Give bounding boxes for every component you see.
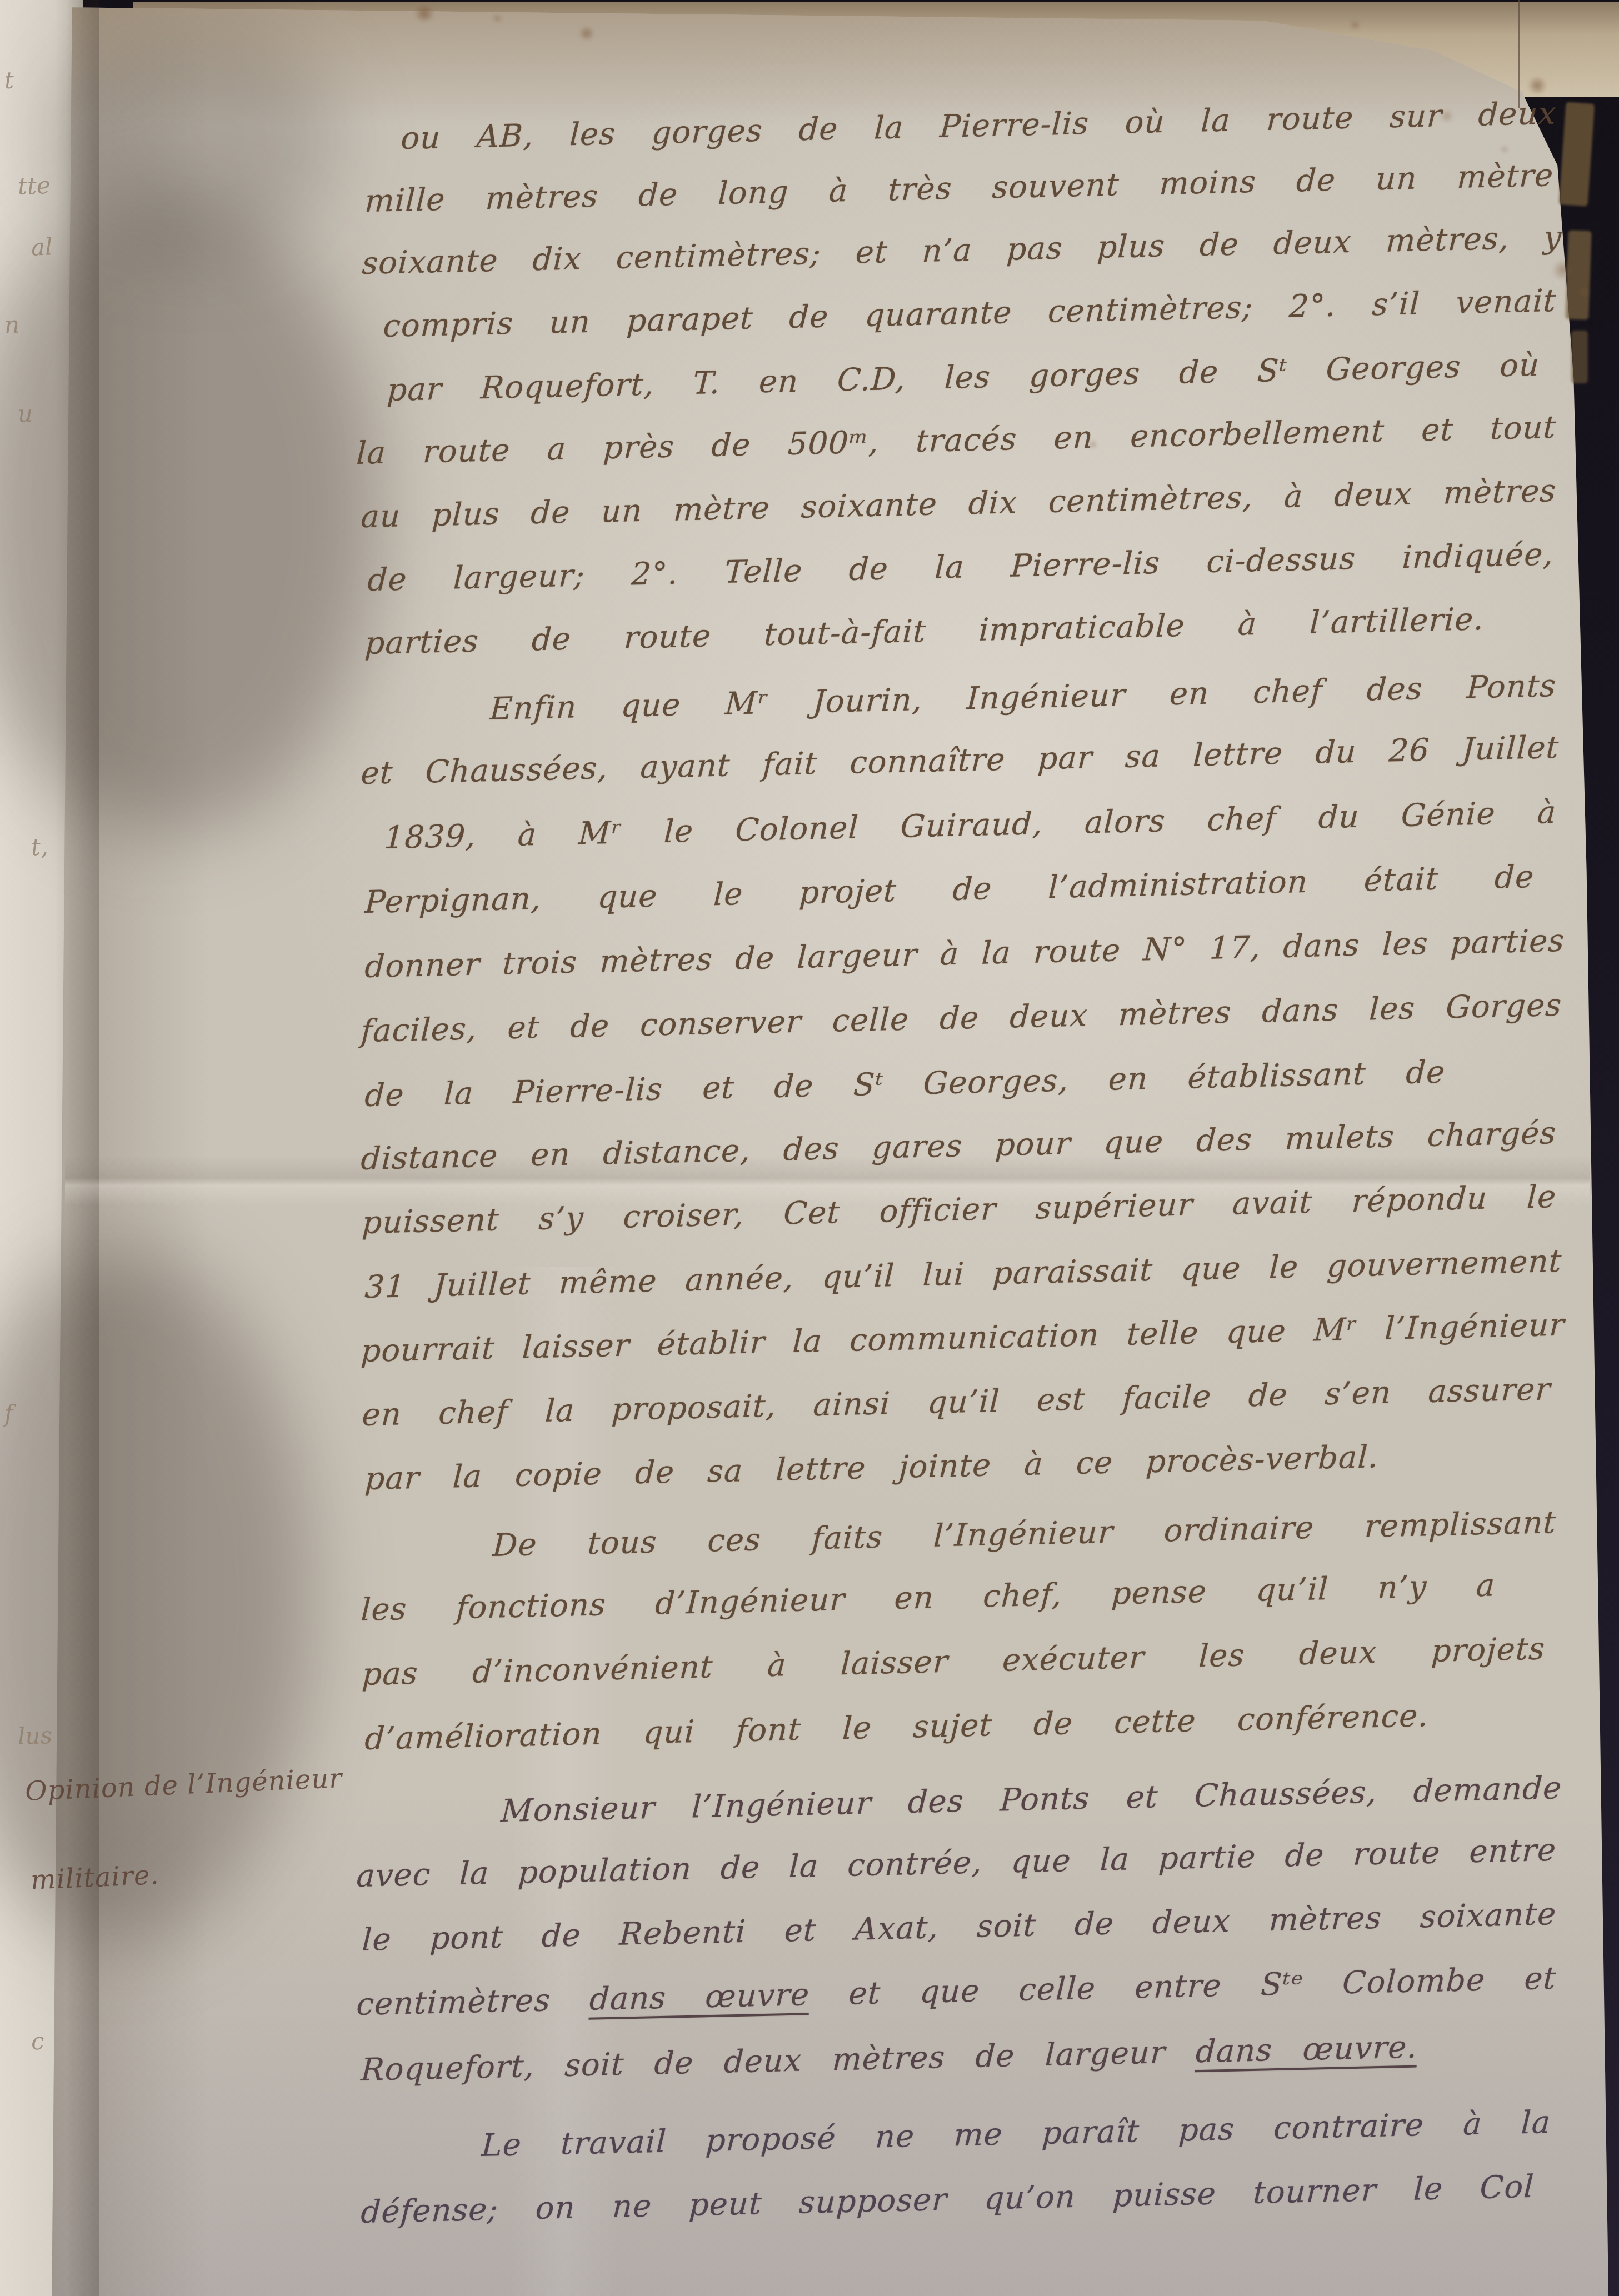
foxing-stain xyxy=(1527,77,1548,94)
foxing-stain xyxy=(1088,440,1098,449)
adjacent-page-text-fragment: u xyxy=(17,400,33,428)
foxing-stain xyxy=(1439,110,1455,122)
adjacent-page-text-fragment: t, xyxy=(31,833,48,861)
adjacent-page-text-fragment: c xyxy=(31,2028,44,2055)
binding-remnant xyxy=(1571,331,1588,383)
binding-remnant xyxy=(1559,102,1595,206)
margin-note-line2: militaire. xyxy=(30,1859,160,1896)
photograph-of-manuscript: Opinion de l’Ingénieur militaire. ou AB,… xyxy=(0,0,1619,2296)
foxing-stain xyxy=(1349,20,1361,30)
adjacent-page-text-fragment: t xyxy=(4,67,14,94)
foxing-stain xyxy=(578,27,596,40)
adjacent-page-text-fragment: n xyxy=(4,311,20,339)
underlined-phrase: dans œuvre. xyxy=(1195,2029,1418,2070)
foxing-stain xyxy=(1577,286,1591,298)
foxing-stain xyxy=(492,14,503,23)
adjacent-page-text-fragment: tte xyxy=(17,172,51,200)
sheet-edge-line xyxy=(1518,0,1520,108)
page-edge-shadow xyxy=(66,0,99,2296)
foxing-stain xyxy=(1551,260,1575,280)
foxing-stain xyxy=(412,6,437,21)
foxing-stain xyxy=(1500,146,1509,153)
underlined-phrase: dans œuvre xyxy=(589,1977,811,2018)
adjacent-page-text-fragment: f xyxy=(4,1400,13,1428)
adjacent-page-text-fragment: lus xyxy=(17,1722,53,1750)
adjacent-page-text-fragment: al xyxy=(31,233,53,261)
